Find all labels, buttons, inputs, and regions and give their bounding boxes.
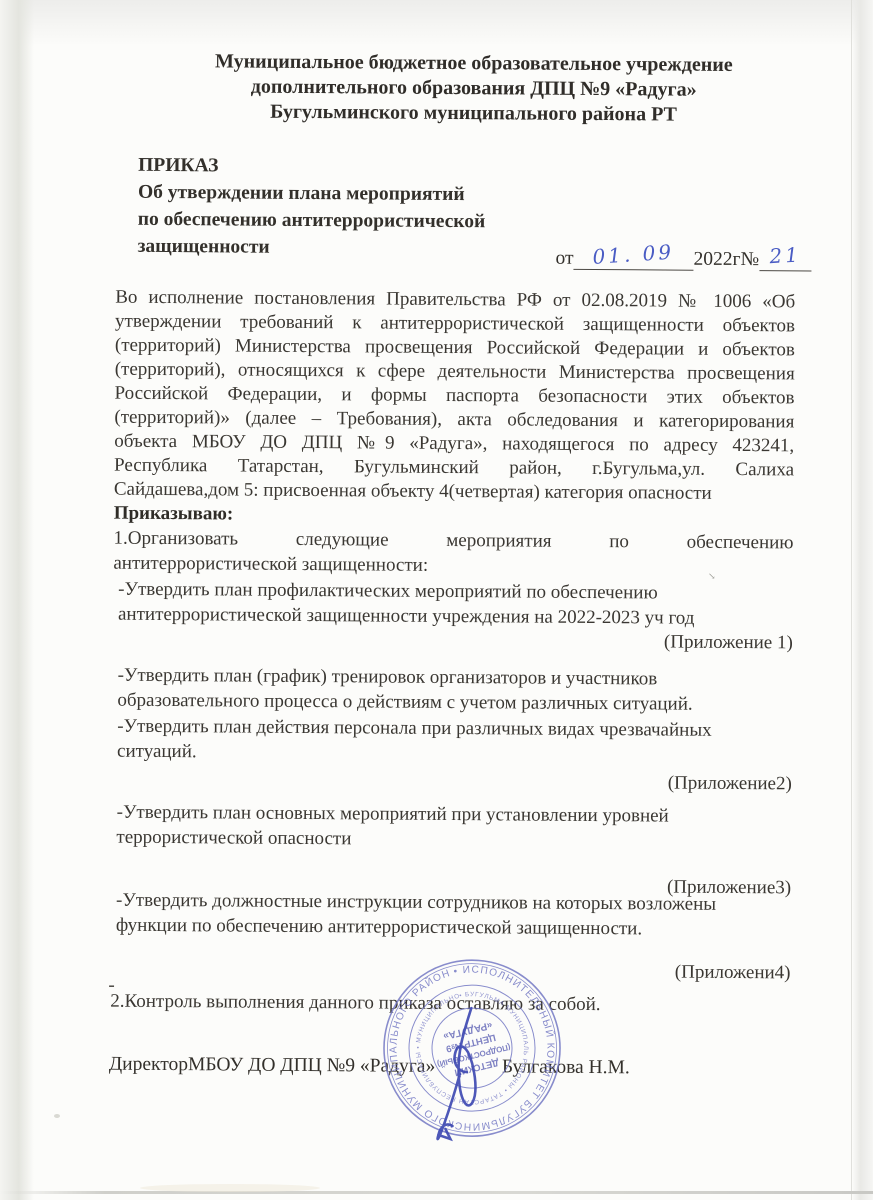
handwritten-number: 21 bbox=[769, 242, 802, 268]
letterhead-line: Муниципальное бюджетное образовательное … bbox=[144, 50, 804, 78]
appendix-ref: (Приложение2) bbox=[112, 768, 792, 797]
director-handwritten-signature bbox=[426, 1002, 499, 1152]
order-bullet: -Утвердить план основных мероприятий при… bbox=[112, 801, 797, 830]
order-subject: Об утверждении плана мероприятий bbox=[138, 182, 465, 206]
scan-speck bbox=[54, 1114, 60, 1118]
scanned-document-page: Муниципальное бюджетное образовательное … bbox=[0, 0, 873, 1200]
scan-speck: ↘ bbox=[708, 573, 717, 580]
year-label: 2022г№ bbox=[693, 249, 759, 271]
order-bullet: -Утвердить план действия персонала при р… bbox=[112, 715, 797, 744]
order-bullet: функции по обеспечению антитеррористичес… bbox=[111, 914, 796, 943]
order-bullet: террористической опасности bbox=[111, 826, 796, 855]
order-subject: защищенности bbox=[138, 236, 270, 259]
order-bullet: -Утвердить план (график) тренировок орга… bbox=[113, 664, 798, 693]
order-verb: Приказываю: bbox=[114, 502, 794, 531]
order-bullet: ситуаций. bbox=[112, 740, 797, 769]
date-blank: 01. 09 bbox=[573, 244, 693, 271]
handwritten-date: 01. 09 bbox=[592, 240, 675, 269]
number-blank: 21 bbox=[759, 245, 811, 271]
order-item: антитеррористической защищенности: bbox=[113, 552, 793, 581]
order-title: ПРИКАЗ bbox=[138, 155, 218, 178]
letterhead-line: Бугульминского муниципального района РТ bbox=[143, 100, 803, 128]
date-number-line: от01. 092022г№21 bbox=[555, 244, 817, 272]
order-item: 1.Организовать следующие мероприятия по … bbox=[113, 527, 793, 556]
order-bullet: образовательного процесса о действиям с … bbox=[112, 689, 797, 718]
order-bullet: -Утвердить должностные инструкции сотруд… bbox=[111, 889, 796, 918]
order-subject: по обеспечению антитеррористической bbox=[138, 209, 486, 233]
appendix-ref: (Приложение 1) bbox=[113, 627, 793, 656]
order-bullet: -Утвердить план профилактических меропри… bbox=[113, 578, 798, 607]
letterhead-line: дополнительного образования ДПЦ №9 «Раду… bbox=[144, 75, 804, 103]
date-prefix: от bbox=[555, 248, 573, 270]
